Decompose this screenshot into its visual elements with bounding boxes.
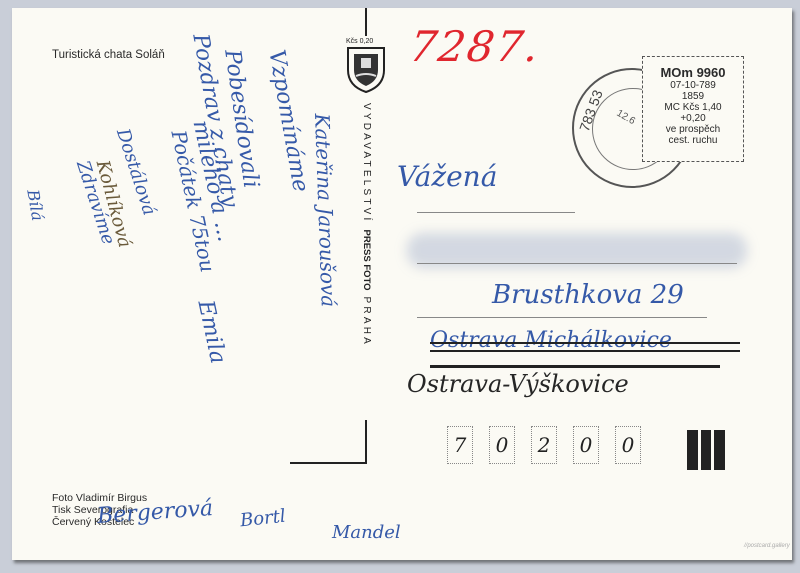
- address-city: Ostrava-Výškovice: [407, 370, 629, 398]
- franking-line: +0,20: [643, 113, 743, 124]
- franking-line: 1859: [643, 91, 743, 102]
- signature: Bortl: [239, 506, 287, 532]
- strikethrough-line: [430, 350, 740, 352]
- sorting-bars: [687, 430, 725, 470]
- message-line: Vzpomínáme: [263, 48, 313, 194]
- franking-line: cest. ruchu: [643, 135, 743, 146]
- franking-id: MOm 9960: [643, 67, 743, 78]
- message-line: Emila: [193, 298, 231, 366]
- publisher-suffix: PRAHA: [361, 297, 372, 347]
- postcard: Turistická chata Soláň Foto Vladimír Bir…: [12, 8, 792, 560]
- zip-digit: 2: [531, 426, 557, 464]
- publisher-prefix: VYDAVATELSTVÍ: [361, 103, 372, 224]
- zip-digit: 0: [489, 426, 515, 464]
- publisher-imprint: VYDAVATELSTVÍ PRESS FOTO PRAHA: [361, 103, 372, 347]
- address-line: [417, 263, 737, 264]
- signature: Bílá: [23, 188, 47, 222]
- watermark: //postcard.gallery: [744, 543, 790, 549]
- divider-line: [365, 420, 367, 464]
- strikethrough-line: [430, 342, 740, 344]
- address-line: [417, 317, 707, 318]
- signature: Mandel: [332, 522, 401, 543]
- franking-box: MOm 9960 07-10-789 1859 MC Kčs 1,40 +0,2…: [642, 56, 744, 162]
- divider-line: [290, 462, 367, 464]
- address-line: [417, 212, 575, 213]
- address-salutation: Vážená: [397, 160, 497, 193]
- franking-line: ve prospěch: [643, 124, 743, 135]
- divider-line: [365, 8, 367, 36]
- photo-caption: Turistická chata Soláň: [52, 49, 165, 61]
- message-line: Kateřina Jaroušová: [310, 113, 341, 308]
- stamp-imprint: Kčs 0,20: [342, 36, 390, 96]
- zip-digit: 7: [447, 426, 473, 464]
- zip-digit: 0: [573, 426, 599, 464]
- zip-code-boxes: 7 0 2 0 0: [447, 426, 641, 464]
- publisher-brand: PRESS FOTO: [361, 230, 372, 291]
- address-line: [430, 365, 720, 368]
- shield-icon: [342, 36, 390, 96]
- red-reference-number: 7287.: [407, 22, 544, 71]
- franking-line: 07-10-789: [643, 80, 743, 91]
- address-street: Brusthkova 29: [492, 280, 684, 310]
- franking-line: MC Kčs 1,40: [643, 102, 743, 113]
- zip-digit: 0: [615, 426, 641, 464]
